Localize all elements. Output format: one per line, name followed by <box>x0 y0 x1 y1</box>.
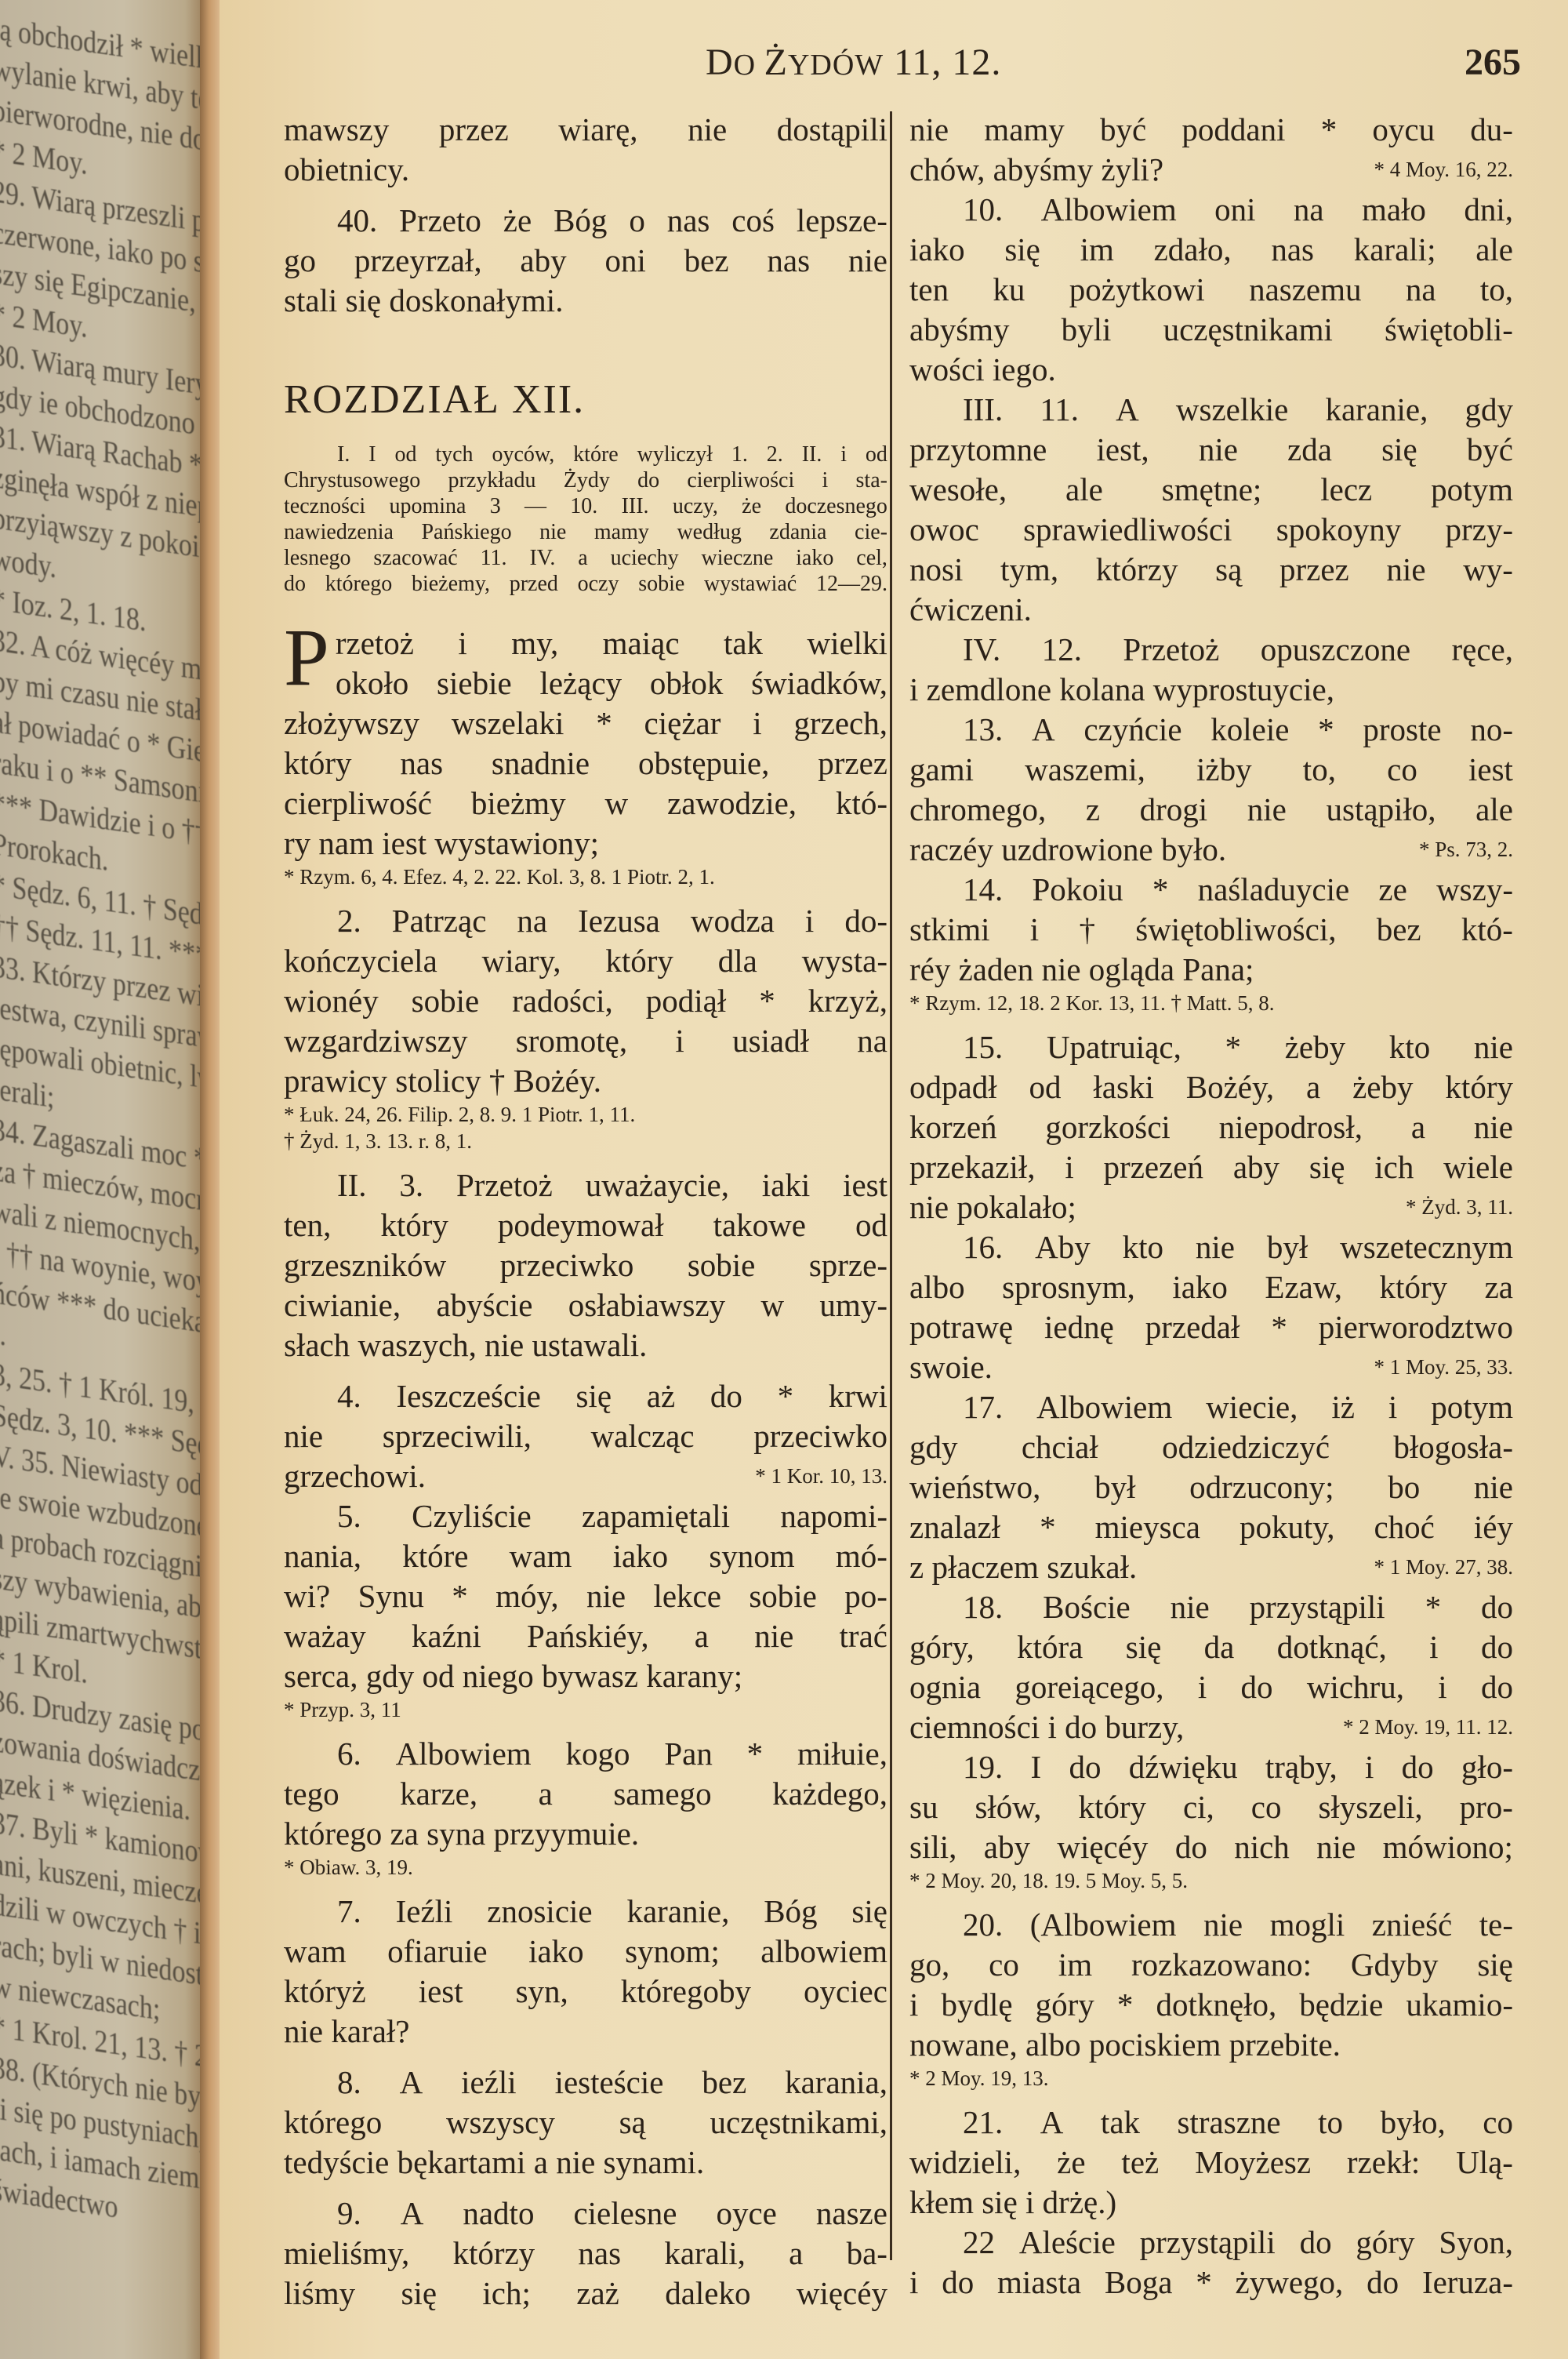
text-line: ry nam iest wystawiony; <box>284 823 887 863</box>
word: Moyżesz <box>1195 2143 1311 2183</box>
word: przytomne <box>909 430 1047 470</box>
word: gorzkości <box>1045 1107 1170 1147</box>
word: Przeto <box>399 201 481 241</box>
verse-22: 22AleścieprzystąpilidogórySyon, idomiast… <box>909 2223 1513 2303</box>
text-line: przytomneiest,niezdasiębyć <box>909 430 1513 470</box>
word: I <box>1031 1747 1042 1787</box>
word: trać <box>840 1616 887 1656</box>
word: oycu <box>1372 110 1435 150</box>
word: aby <box>984 1827 1030 1867</box>
word: su <box>909 1787 938 1827</box>
word: od <box>1029 1067 1062 1107</box>
word: na <box>517 901 547 941</box>
text-line: chromego,zdroginieustąpiło,ale <box>909 790 1513 830</box>
word: zapamiętali <box>582 1496 730 1536</box>
word: karze, <box>400 1774 477 1814</box>
word: 9. <box>337 2194 361 2234</box>
word: iako <box>909 230 965 270</box>
word: a <box>789 2234 803 2274</box>
cross-reference: * Łuk. 24, 26. Filip. 2, 8. 9. 1 Piotr. … <box>284 1101 887 1128</box>
book-page: DO ŻYDÓW 11, 12. 265 mawszyprzezwiarę,ni… <box>220 0 1568 2359</box>
text-line: III.11.Awszelkiekaranie,gdy <box>909 390 1513 430</box>
word: * <box>1271 1307 1287 1347</box>
text-line: 16.Abyktoniebyłwszetecznym <box>909 1227 1513 1267</box>
word: ci, <box>1183 1787 1214 1827</box>
word: nie <box>1171 1587 1210 1627</box>
word: IV. <box>963 630 1000 670</box>
text-line: 19.Idodźwiękutrąby,idogło- <box>909 1747 1513 1787</box>
word: od <box>866 442 887 467</box>
word: ofiaruie <box>387 1932 487 1972</box>
word: karali; <box>1354 230 1436 270</box>
word: takowe <box>713 1205 806 1245</box>
word: do <box>1367 2263 1399 2303</box>
word: więcéy <box>797 2274 887 2314</box>
word: Ieruza- <box>1422 2263 1513 2303</box>
word: ale <box>1475 790 1513 830</box>
word: przekaził, <box>909 1147 1035 1187</box>
verse-11: III.11.Awszelkiekaranie,gdy przytomneies… <box>909 390 1513 630</box>
word: go, <box>909 1945 949 1985</box>
text-line: 5.Czyliściezapamiętalinapomi- <box>284 1496 887 1536</box>
word: Czyliście <box>412 1496 532 1536</box>
word: świadków, <box>751 663 887 703</box>
text-line: rzetożimy,maiąctakwielki <box>336 623 887 663</box>
word: ale <box>1475 230 1513 270</box>
word: nawiedzenia <box>284 519 394 545</box>
word: co <box>1251 1787 1282 1827</box>
word: w <box>604 783 628 823</box>
text-line: góry,którasiędadotknąć,ido <box>909 1627 1513 1667</box>
text-line: 10.Albowiemoninamałodni, <box>909 190 1513 230</box>
word: który <box>1380 1267 1448 1307</box>
verse-5: 5.Czyliściezapamiętalinapomi- nania,któr… <box>284 1496 887 1723</box>
word: wy- <box>1463 550 1513 590</box>
word: nania, <box>284 1536 361 1576</box>
word: sili, <box>909 1827 956 1867</box>
word: A <box>401 2194 424 2234</box>
word: Pańskiego <box>421 519 511 545</box>
word: znieść <box>1372 1905 1452 1945</box>
word: spokoyny <box>1276 510 1401 550</box>
word: nie <box>1247 790 1287 830</box>
word: dźwięku <box>1129 1747 1238 1787</box>
text-line: swoie.* 1 Moy. 25, 33. <box>909 1347 1513 1387</box>
word: nas <box>400 743 443 783</box>
text-line: stkimii†świętobliwości,bezktó- <box>909 910 1513 950</box>
text-line: 13.Aczyńciekoleie*prosteno- <box>909 710 1513 750</box>
word: du- <box>1470 110 1513 150</box>
word: iest <box>843 1165 887 1205</box>
text-line: odpadłodłaskiBożéy,ażebyktóry <box>909 1067 1513 1107</box>
word: wiarę, <box>558 110 637 150</box>
word: nie <box>1199 430 1238 470</box>
word: sta- <box>856 467 887 493</box>
word: * <box>1225 1027 1242 1067</box>
verse-12: IV.12.Przetożopuszczoneręce, i zemdlone … <box>909 630 1513 710</box>
word: i <box>840 442 847 467</box>
word: to <box>1318 2103 1343 2143</box>
word: te- <box>1479 1905 1513 1945</box>
word: do <box>942 2263 974 2303</box>
verse-13: 13.Aczyńciekoleie*prosteno- gamiwaszemi,… <box>909 710 1513 870</box>
word: która <box>1017 1627 1083 1667</box>
word: iest <box>419 1972 463 2012</box>
cross-reference: * Przyp. 3, 11 <box>284 1696 887 1723</box>
summary-line: doktóregobieżemy,przedoczysobiewystawiać… <box>284 571 887 597</box>
word: Ezaw, <box>1265 1267 1342 1307</box>
text-line: cierpliwośćbieżmywzawodzie,któ- <box>284 783 887 823</box>
word: oni <box>604 241 645 281</box>
text-line: IV.12.Przetożopuszczoneręce, <box>909 630 1513 670</box>
text-line: okołosiebieleżącyobłokświadków, <box>336 663 887 703</box>
left-column: mawszyprzezwiarę,niedostąpili obietnicy.… <box>284 110 887 2314</box>
word: Albowiem <box>396 1734 532 1774</box>
word: się <box>1004 230 1040 270</box>
word: przy- <box>1445 510 1513 550</box>
word: ważay <box>284 1616 366 1656</box>
word: wionéy <box>284 981 379 1021</box>
word: przeciwko <box>500 1245 634 1285</box>
word: które <box>573 442 619 467</box>
text-line: kończycielawiary,którydlawysta- <box>284 941 887 981</box>
word: Albowiem <box>1041 190 1177 230</box>
word: i <box>1065 1147 1073 1187</box>
word: Przetoż <box>1123 630 1219 670</box>
word: tak <box>724 623 763 663</box>
word: kończyciela <box>284 941 437 981</box>
text-line: mieliśmy,którzynaskarali,aba- <box>284 2234 887 2274</box>
word: I <box>368 442 376 467</box>
word: wichru, <box>1307 1667 1404 1707</box>
word: 3. <box>399 1165 423 1205</box>
cross-reference: * 1 Kor. 10, 13. <box>755 1456 887 1496</box>
word: iéy <box>1474 1507 1513 1547</box>
text-line: obietnicy. <box>284 150 887 190</box>
text-line: liśmysięich;zażdalekowięcéy <box>284 2274 887 2314</box>
word: Ieźli <box>396 1892 453 1932</box>
word: 16. <box>963 1227 1003 1267</box>
word: którego <box>284 2103 382 2143</box>
cross-reference: * Rzym. 12, 18. 2 Kor. 13, 11. † Matt. 5… <box>909 990 1513 1016</box>
word: nie <box>586 1576 626 1616</box>
word: podiął <box>646 981 726 1021</box>
word: odpadł <box>909 1067 997 1107</box>
word: Patrząc <box>392 901 487 941</box>
word: wielki <box>807 623 887 663</box>
verse-9: 9.Anadtocielesneoycenasze mieliśmy,którz… <box>284 2194 887 2314</box>
word: kogo <box>566 1734 630 1774</box>
word: żywego, <box>1236 2263 1344 2303</box>
word: i <box>1030 910 1039 950</box>
word: 10. <box>963 190 1003 230</box>
word: aby <box>1233 1147 1279 1187</box>
word: gło- <box>1461 1747 1513 1787</box>
word: A <box>400 2063 423 2103</box>
word: czyńcie <box>1083 710 1181 750</box>
verse-9-continued: niemamybyćpoddani*oycudu- chów, abyśmy ż… <box>909 110 1513 190</box>
word: 18. <box>963 1587 1003 1627</box>
text-line: wieństwo,byłodrzucony;bonie <box>909 1467 1513 1507</box>
word: któ- <box>1461 910 1513 950</box>
text-line: abyśmybyliuczęstnikamiświętobli- <box>909 310 1513 350</box>
word: usiadł <box>732 1021 809 1061</box>
word: bydlę <box>941 1985 1012 2025</box>
verse-20: 20.(Albowiemniemogliznieśćte- go,coimroz… <box>909 1905 1513 2092</box>
running-head-title: DO ŻYDÓW 11, 12. <box>706 41 1001 84</box>
word: mamy <box>984 110 1064 150</box>
word: do <box>1481 1667 1513 1707</box>
word: nie <box>1203 1905 1243 1945</box>
word: więcéy <box>1057 1827 1148 1867</box>
word: był <box>1267 1227 1308 1267</box>
word: aby <box>520 241 566 281</box>
word: rzekł: <box>1347 2143 1420 2183</box>
word: ich <box>1374 1147 1414 1187</box>
cross-reference: * 1 Moy. 27, 38. <box>1374 1547 1513 1587</box>
word: synom; <box>625 1932 720 1972</box>
verse-21: 21.Atakstrasznetobyło,co widzieli,żeteżM… <box>909 2103 1513 2223</box>
word: przeyrzał, <box>354 241 482 281</box>
verse-17: 17.Albowiemwiecie,iżipotym gdychciałodzi… <box>909 1387 1513 1587</box>
word: (Albowiem <box>1030 1905 1177 1945</box>
word: dotknąć, <box>1277 1627 1387 1667</box>
chapter-summary: I.Iodtychoyców,którewyliczył1.2.II.iod C… <box>284 442 887 597</box>
word: nie <box>1316 1827 1356 1867</box>
word: i <box>675 1021 684 1061</box>
text-line: 18.Bościenieprzystąpili*do <box>909 1587 1513 1627</box>
word: do <box>637 467 659 493</box>
word: któregoby <box>621 1972 751 2012</box>
word: ten <box>909 270 949 310</box>
word: do <box>1241 1667 1273 1707</box>
word: chromego, <box>909 790 1046 830</box>
word: 12. <box>1042 630 1082 670</box>
word: syn, <box>516 1972 568 2012</box>
chapter-title: ROZDZIAŁ XII. <box>284 373 887 427</box>
word: być <box>1467 430 1513 470</box>
word: teczności <box>284 493 365 519</box>
word: zaż <box>576 2274 619 2314</box>
word: nie <box>284 1416 323 1456</box>
word: złożywszy <box>284 703 419 743</box>
word: uciechy <box>611 545 679 571</box>
word: które <box>402 1536 468 1576</box>
text-line: wionéysobieradości,podiął*krzyż, <box>284 981 887 1021</box>
word: przez <box>1279 550 1349 590</box>
word: Aby <box>1035 1227 1091 1267</box>
word: wiary, <box>482 941 561 981</box>
text-line: mawszyprzezwiarę,niedostąpili <box>284 110 887 150</box>
word: dostąpili <box>777 110 887 150</box>
word: ieźli <box>461 2063 517 2103</box>
word: potym <box>1431 1387 1513 1427</box>
word: co <box>1483 2103 1513 2143</box>
text-line: słach waszych, nie ustawali. <box>284 1325 887 1365</box>
word: który <box>1445 1067 1513 1107</box>
word: uczęstnikami <box>1163 310 1333 350</box>
word: zawodzie, <box>667 783 797 823</box>
word: * <box>1152 870 1169 910</box>
word: II. <box>802 442 822 467</box>
word: maiąc <box>603 623 680 663</box>
text-line: prawicy stolicy † Bożéy. <box>284 1061 887 1101</box>
word: błogosła- <box>1393 1427 1513 1467</box>
word: cierpliwość <box>284 783 432 823</box>
text-line: 2.PatrzącnaIezusawodzaido- <box>284 901 887 941</box>
word: i <box>909 1985 918 2025</box>
verse-10: 10.Albowiemoninamałodni, iakosięimzdało,… <box>909 190 1513 390</box>
word: sprze- <box>809 1245 887 1285</box>
word: daleko <box>665 2274 750 2314</box>
text-line: z płaczem szukał.* 1 Moy. 27, 38. <box>909 1547 1513 1587</box>
word: gdy <box>909 1427 958 1467</box>
word: sprosnym, <box>1002 1267 1135 1307</box>
text-line: ibydlęgóry*dotknęło,będzieukamio- <box>909 1985 1513 2025</box>
word: w <box>760 1285 784 1325</box>
word: nas <box>667 201 710 241</box>
word: byli <box>1062 310 1112 350</box>
word: im <box>1080 230 1114 270</box>
word: cierpliwości <box>687 467 794 493</box>
word: po- <box>844 1576 887 1616</box>
text-line: wi?Synu*móy,nielekcesobiepo- <box>284 1576 887 1616</box>
text-line: 40.PrzetożeBógonascoślepsze- <box>284 201 887 241</box>
word: wszelaki <box>452 703 564 743</box>
word: mało <box>1362 190 1426 230</box>
word: i <box>1438 1667 1446 1707</box>
word: wyliczył <box>637 442 713 467</box>
text-line: tenkupożytkowinaszemunato, <box>909 270 1513 310</box>
word: i <box>909 2263 918 2303</box>
word: * <box>1196 2263 1212 2303</box>
word: wysta- <box>802 941 887 981</box>
word: straszne <box>1178 2103 1281 2143</box>
word: i <box>1365 1747 1374 1787</box>
word: świętobli- <box>1385 310 1513 350</box>
word: wszetecznym <box>1340 1227 1513 1267</box>
word: obłok <box>650 663 723 703</box>
word: liśmy <box>284 2274 355 2314</box>
word: są <box>619 2103 646 2143</box>
text-line: 17.Albowiemwiecie,iżipotym <box>909 1387 1513 1427</box>
word: Przetoż <box>456 1165 553 1205</box>
running-head-chapters: 11, 12. <box>894 42 1001 83</box>
word: bez <box>702 2063 746 2103</box>
word: 8. <box>337 2063 361 2103</box>
word: choć <box>1374 1507 1434 1547</box>
verse-2: 2.PatrzącnaIezusawodzaido- kończycielawi… <box>284 901 887 1154</box>
word: ciężar <box>644 703 721 743</box>
running-head: DO ŻYDÓW 11, 12. 265 <box>220 41 1568 96</box>
word: łaski <box>1093 1067 1153 1107</box>
word: pierworodztwo <box>1319 1307 1513 1347</box>
text-line: którego za syna przyymuie. <box>284 1814 887 1854</box>
word: kto <box>1389 1027 1430 1067</box>
word: karanie, <box>1325 390 1428 430</box>
word: to, <box>1303 750 1336 790</box>
cross-reference: * 1 Moy. 25, 33. <box>1374 1347 1513 1387</box>
word: Pan <box>664 1734 713 1774</box>
word: bo <box>1388 1467 1420 1507</box>
word: waszemi, <box>1025 750 1145 790</box>
word: upomina <box>389 493 466 519</box>
word: kaźni <box>412 1616 481 1656</box>
word: świętobliwości, <box>1135 910 1336 950</box>
word: 40. <box>337 201 377 241</box>
word: mieysca <box>1095 1507 1200 1547</box>
word: się <box>1381 430 1417 470</box>
word: karali, <box>664 2234 746 2274</box>
word: mieliśmy, <box>284 2234 409 2274</box>
word: że <box>1057 2143 1085 2183</box>
word: 14. <box>963 870 1003 910</box>
word: któryż <box>284 1972 366 2012</box>
word: bez <box>684 241 729 281</box>
word: A <box>1040 2103 1064 2143</box>
word: * <box>1040 1507 1056 1547</box>
word: przezeń <box>1104 1147 1203 1187</box>
word: widzieli, <box>909 2143 1021 2183</box>
word: umy- <box>819 1285 887 1325</box>
word: iako <box>796 545 833 571</box>
word: wszelkie <box>1176 390 1288 430</box>
text-line: ważaykaźniPańskiéy,anietrać <box>284 1616 887 1656</box>
word: nich <box>1234 1827 1290 1867</box>
text-line: nania,którewamiakosynommó- <box>284 1536 887 1576</box>
word: i <box>753 703 761 743</box>
word: znosicie <box>487 1892 592 1932</box>
word: wszy- <box>1436 870 1513 910</box>
word: ten, <box>284 1205 331 1245</box>
word: że <box>742 493 761 519</box>
word: że <box>503 201 532 241</box>
word: się <box>1126 1627 1162 1667</box>
word: przez <box>439 110 509 150</box>
word: tak <box>1101 2103 1140 2143</box>
text-line: nowane, albo pociskiem przebite. <box>909 2025 1513 2065</box>
word: oyców, <box>492 442 554 467</box>
word: móy, <box>495 1576 558 1616</box>
word: pożytkowi <box>1069 270 1205 310</box>
word: a <box>578 545 587 571</box>
word: trąby, <box>1265 1747 1338 1787</box>
word: nasze <box>816 2194 887 2234</box>
text-line: gamiwaszemi,iżbyto,coiest <box>909 750 1513 790</box>
word: * <box>452 1576 468 1616</box>
text-line: wości iego. <box>909 350 1513 390</box>
word: bieżmy <box>471 783 566 823</box>
word: się <box>1477 1945 1513 1985</box>
word: niepodrosł, <box>1219 1107 1363 1147</box>
word: iest <box>1468 750 1513 790</box>
word: karania, <box>785 2063 887 2103</box>
text-line: 7.Ieźliznosiciekaranie,Bógsię <box>284 1892 887 1932</box>
word: wam <box>510 1536 572 1576</box>
word: krwi <box>829 1376 887 1416</box>
text-line: tedyście bękartami a nie synami. <box>284 2143 887 2183</box>
word: szacować <box>373 545 457 571</box>
word: sobie <box>749 1576 817 1616</box>
word: którzy <box>452 2234 535 2274</box>
word: oni <box>1214 190 1255 230</box>
word: na <box>1294 190 1324 230</box>
summary-line: ChrystusowegoprzykładuŻydydocierpliwości… <box>284 467 887 493</box>
word: 11. <box>481 545 507 571</box>
word: koleie <box>1210 710 1289 750</box>
word: iako <box>528 1932 584 1972</box>
word: i <box>805 901 814 941</box>
